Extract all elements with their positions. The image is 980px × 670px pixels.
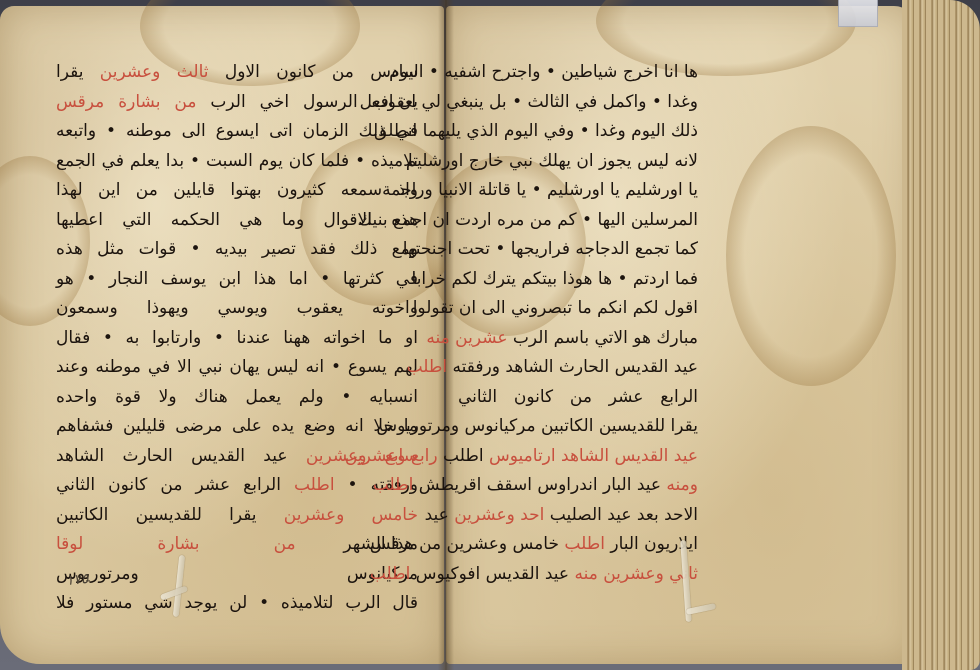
manuscript-line: واخوته يعقوب ويوسي ويهوذا وسمعون (56, 294, 418, 324)
rubric-text: اطلب (370, 564, 411, 584)
manuscript-line: انسبايه • ولم يعمل هناك ولا قوة واحده (56, 383, 418, 413)
ink-text: خامس وعشرين من هذا الشهر (343, 534, 559, 554)
manuscript-line: ورفقته • اطلب الرابع عشر من كانون الثاني (56, 471, 418, 501)
manuscript-line: سادس من كانون الاول ثالث وعشرين يقرا (56, 58, 418, 88)
manuscript-line: ما خلا انه وضع يده على مرضى قليلين فشفاه… (56, 412, 418, 442)
rubric-text: عشرين منه (426, 328, 507, 348)
manuscript-line: واذ سمعه كثيرون بهتوا قايلين من اين لهذا (56, 176, 418, 206)
manuscript-line: كما تجمع الدجاجه فراريجها • تحت اجنحتها (458, 235, 698, 265)
manuscript-line: في كثرتها • اما هذا ابن يوسف النجار • هو (56, 265, 418, 295)
ink-text: اطلب (438, 446, 484, 466)
rubric-text: احد وعشرين (449, 505, 545, 525)
rubric-text: من بشارة لوقا (56, 534, 296, 554)
ink-text: يا اورشليم يا اورشليم • يا قاتلة الانبيا… (382, 180, 698, 200)
manuscript-photo: سادس من كانون الاول ثالث وعشرين يقرايعقو… (0, 0, 980, 670)
ink-text: لانه ليس يجوز ان يهلك نبي خارج اورشليم (406, 151, 698, 171)
ink-text: الرابع عشر من كانون الثاني (56, 475, 281, 495)
ink-text: يقرا للقديسين الكاتبين (56, 505, 257, 525)
ink-text: مبارك هو الاتي باسم الرب (508, 328, 698, 348)
ink-text: عيد القديس الحارث الشاهد (56, 446, 288, 466)
ink-text: واذ سمعه كثيرون بهتوا قايلين من اين لهذا (56, 180, 418, 200)
rubric-text: ثالث وعشرين (83, 62, 224, 82)
ink-text: في كثرتها • اما هذا ابن يوسف النجار • هو (56, 269, 418, 289)
manuscript-line: ها انا اخرج شياطين • واجترح اشفيه • اليو… (458, 58, 698, 88)
ink-text: لهم يسوع • انه ليس يهان نبي الا في موطنه… (56, 357, 418, 377)
manuscript-line: عيد القديس الشاهد ارتاميوس اطلب رابع وعش… (458, 442, 698, 472)
ink-text: يقرا للقديسين الكاتبين مركيانوس ومرتوريو… (376, 416, 698, 436)
ink-text: مركيانوس ومرتوريوس (56, 564, 418, 584)
manuscript-line: ومنه عيد البار اندراوس اسقف اقريطش اطلب (458, 471, 698, 501)
manuscript-line: ذلك اليوم وغدا • وفي اليوم الذي يليهما ا… (458, 117, 698, 147)
manuscript-line: لانه ليس يجوز ان يهلك نبي خارج اورشليم (458, 147, 698, 177)
water-stain (726, 126, 896, 386)
ink-text: عيد (425, 505, 449, 525)
paper-tab-marker (838, 0, 878, 27)
manuscript-line: ايلاريون البار اطلب خامس وعشرين من هذا ا… (458, 530, 698, 560)
manuscript-line: يقرا للقديسين الكاتبين مركيانوس ومرتوريو… (458, 412, 698, 442)
ink-text: تلاميذه • فلما كان يوم السبت • بدا يعلم … (56, 151, 418, 171)
ink-text: ومع ذلك فقد تصير بيديه • قوات مثل هذه (56, 239, 418, 259)
ink-text: وغدا • واكمل في الثالث • بل ينبغي لي ان … (360, 92, 698, 112)
right-page-text: ها انا اخرج شياطين • واجترح اشفيه • اليو… (458, 58, 698, 589)
rubric-text: اطلب (559, 534, 605, 554)
manuscript-line: فما اردتم • ها هوذا بيتكم يترك لكم خرابا (458, 265, 698, 295)
manuscript-line: الاحد بعد عيد الصليب احد وعشرين عيد (458, 501, 698, 531)
rubric-text: اطلب (373, 475, 414, 495)
ink-text: واخوته يعقوب ويوسي ويهوذا وسمعون (56, 298, 418, 318)
ink-text: انسبايه • ولم يعمل هناك ولا قوة واحده (56, 387, 418, 407)
ink-text: او ما اخواته ههنا عندنا • وارتابوا به • … (56, 328, 418, 348)
ink-text: ها انا اخرج شياطين • واجترح اشفيه • اليو… (389, 62, 698, 82)
ink-text: يقرا (56, 62, 83, 82)
ink-text: عيد القديس افوكيوس (410, 564, 569, 584)
ink-text: الرابع عشر من كانون الثاني (458, 387, 698, 407)
ink-text: عيد القديس الحارث الشاهد ورفقته (447, 357, 698, 377)
manuscript-line: المرسلين اليها • كم من مره اردت ان اجمع … (458, 206, 698, 236)
rubric-text: اطلب (281, 475, 335, 495)
manuscript-line: خامس وعشرين يقرا للقديسين الكاتبين (56, 501, 418, 531)
manuscript-line: مركيانوس ومرتوريوس (56, 560, 418, 590)
manuscript-line: لهم يسوع • انه ليس يهان نبي الا في موطنه… (56, 353, 418, 383)
manuscript-line: ومع ذلك فقد تصير بيديه • قوات مثل هذه (56, 235, 418, 265)
ink-text: الاحد بعد عيد الصليب (544, 505, 698, 525)
manuscript-line: او ما اخواته ههنا عندنا • وارتابوا به • … (56, 324, 418, 354)
manuscript-line: مبارك هو الاتي باسم الرب عشرين منه (458, 324, 698, 354)
folio-number: ١٧٥ (65, 571, 89, 589)
manuscript-line: وغدا • واكمل في الثالث • بل ينبغي لي ان … (458, 88, 698, 118)
manuscript-line: تلاميذه • فلما كان يوم السبت • بدا يعلم … (56, 147, 418, 177)
rubric-text: ثاني وعشرين منه (569, 564, 698, 584)
ink-text: المرسلين اليها • كم من مره اردت ان اجمع … (358, 210, 698, 230)
ink-text: قال الرب لتلاميذه • لن يوجد شي مستور فلا (56, 593, 418, 613)
manuscript-line: عيد القديس الحارث الشاهد ورفقته اطلب (458, 353, 698, 383)
page-edge-stack (902, 0, 980, 670)
ink-text: كما تجمع الدجاجه فراريجها • تحت اجنحتها (403, 239, 698, 259)
ink-text: فما اردتم • ها هوذا بيتكم يترك لكم خرابا (412, 269, 698, 289)
ink-text: ذلك اليوم وغدا • وفي اليوم الذي يليهما ا… (374, 121, 698, 141)
manuscript-line: يا اورشليم يا اورشليم • يا قاتلة الانبيا… (458, 176, 698, 206)
manuscript-line: قال الرب لتلاميذه • لن يوجد شي مستور فلا (56, 589, 418, 619)
ink-text: في ذلك الزمان اتى ايسوع الى موطنه • واتب… (56, 121, 418, 141)
manuscript-line: في ذلك الزمان اتى ايسوع الى موطنه • واتب… (56, 117, 418, 147)
rubric-text: خامس وعشرين (257, 505, 418, 525)
rubric-text: اطلب (407, 357, 448, 377)
rubric-text: ومنه (661, 475, 698, 495)
ink-text: عيد البار اندراوس اسقف اقريطش (413, 475, 661, 495)
rubric-text: من بشارة مرقس (56, 92, 196, 112)
ink-text: اقول لكم انكم ما تبصروني الى ان تقولوا (413, 298, 698, 318)
manuscript-line: ثاني وعشرين منه عيد القديس افوكيوس اطلب (458, 560, 698, 590)
manuscript-line: اقول لكم انكم ما تبصروني الى ان تقولوا (458, 294, 698, 324)
rubric-text: رابع وعشرين (345, 446, 438, 466)
manuscript-line: الرابع عشر من كانون الثاني (458, 383, 698, 413)
rubric-text: عيد القديس الشاهد ارتاميوس (484, 446, 698, 466)
ink-text: ما خلا انه وضع يده على مرضى قليلين فشفاه… (56, 416, 418, 436)
